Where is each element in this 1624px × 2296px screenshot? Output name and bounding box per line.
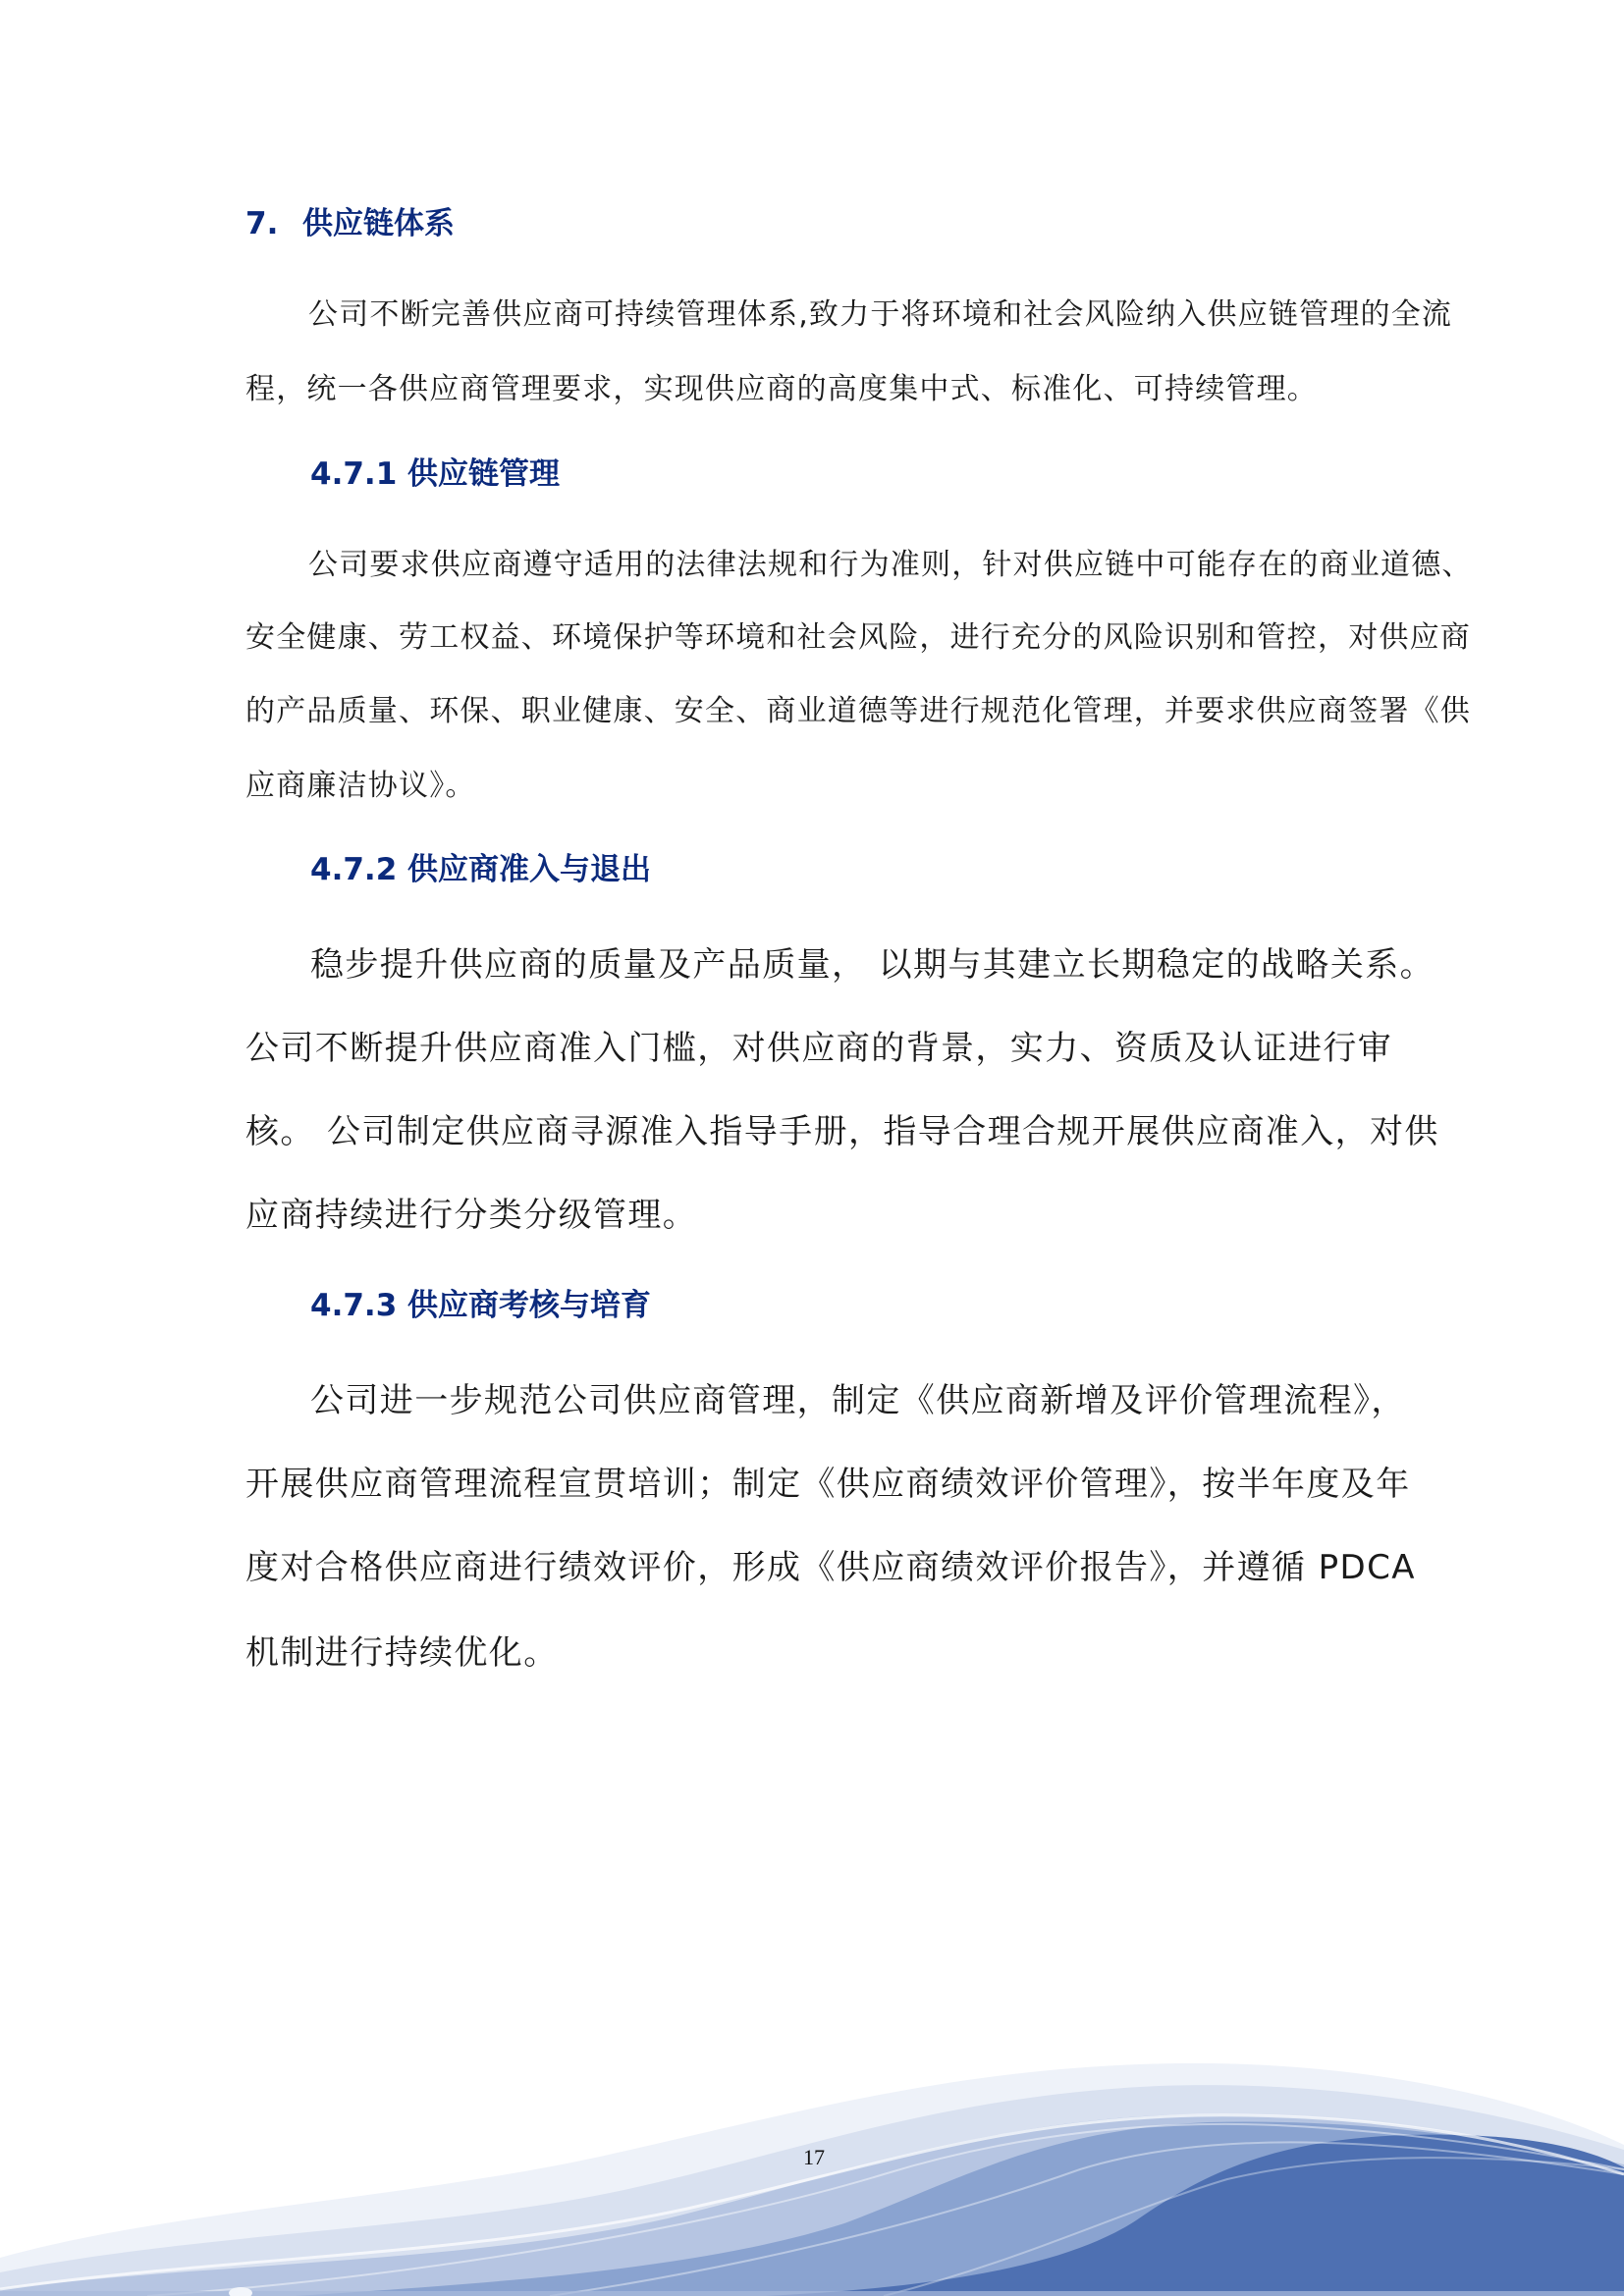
section-heading: 7.供应链体系 xyxy=(245,202,455,245)
paragraph-line: 公司不断提升供应商准入门槛，对供应商的背景，实力、资质及认证进行审 xyxy=(245,1025,1392,1072)
paragraph-line: 公司要求供应商遵守适用的法律法规和行为准则，针对供应链中可能存在的商业道德、 xyxy=(308,544,1473,587)
page-number: 17 xyxy=(803,2144,825,2171)
paragraph-line: 应商廉洁协议》。 xyxy=(245,765,476,808)
paragraph-line: 核。 公司制定供应商寻源准入指导手册，指导合理合规开展供应商准入，对供 xyxy=(245,1108,1439,1155)
subsection-heading-4-7-1: 4.7.1 供应链管理 xyxy=(310,453,560,496)
section-number: 7. xyxy=(245,202,302,245)
paragraph-line: 开展供应商管理流程宣贯培训；制定《供应商绩效评价管理》，按半年度及年 xyxy=(245,1461,1411,1508)
intro-line-1: 公司不断完善供应商可持续管理体系,致力于将环境和社会风险纳入供应链管理的全流 xyxy=(308,294,1452,337)
subsection-heading-4-7-2: 4.7.2 供应商准入与退出 xyxy=(310,848,651,891)
paragraph-line: 机制进行持续优化。 xyxy=(245,1629,559,1677)
intro-line-2: 程，统一各供应商管理要求，实现供应商的高度集中式、标准化、可持续管理。 xyxy=(245,368,1318,411)
paragraph-line: 度对合格供应商进行绩效评价，形成《供应商绩效评价报告》，并遵循 PDCA xyxy=(245,1544,1416,1591)
subsection-heading-4-7-3: 4.7.3 供应商考核与培育 xyxy=(310,1284,651,1327)
paragraph-line: 安全健康、劳工权益、环境保护等环境和社会风险，进行充分的风险识别和管控，对供应商 xyxy=(245,616,1471,660)
section-title: 供应链体系 xyxy=(302,206,455,241)
paragraph-line: 公司进一步规范公司供应商管理，制定《供应商新增及评价管理流程》， xyxy=(310,1377,1406,1424)
paragraph-line: 稳步提升供应商的质量及产品质量， 以期与其建立长期稳定的战略关系。 xyxy=(310,941,1435,988)
footer-wave-decoration xyxy=(0,2061,1624,2296)
paragraph-line: 的产品质量、环保、职业健康、安全、商业道德等进行规范化管理，并要求供应商签署《供 xyxy=(245,690,1471,733)
paragraph-line: 应商持续进行分类分级管理。 xyxy=(245,1192,697,1239)
